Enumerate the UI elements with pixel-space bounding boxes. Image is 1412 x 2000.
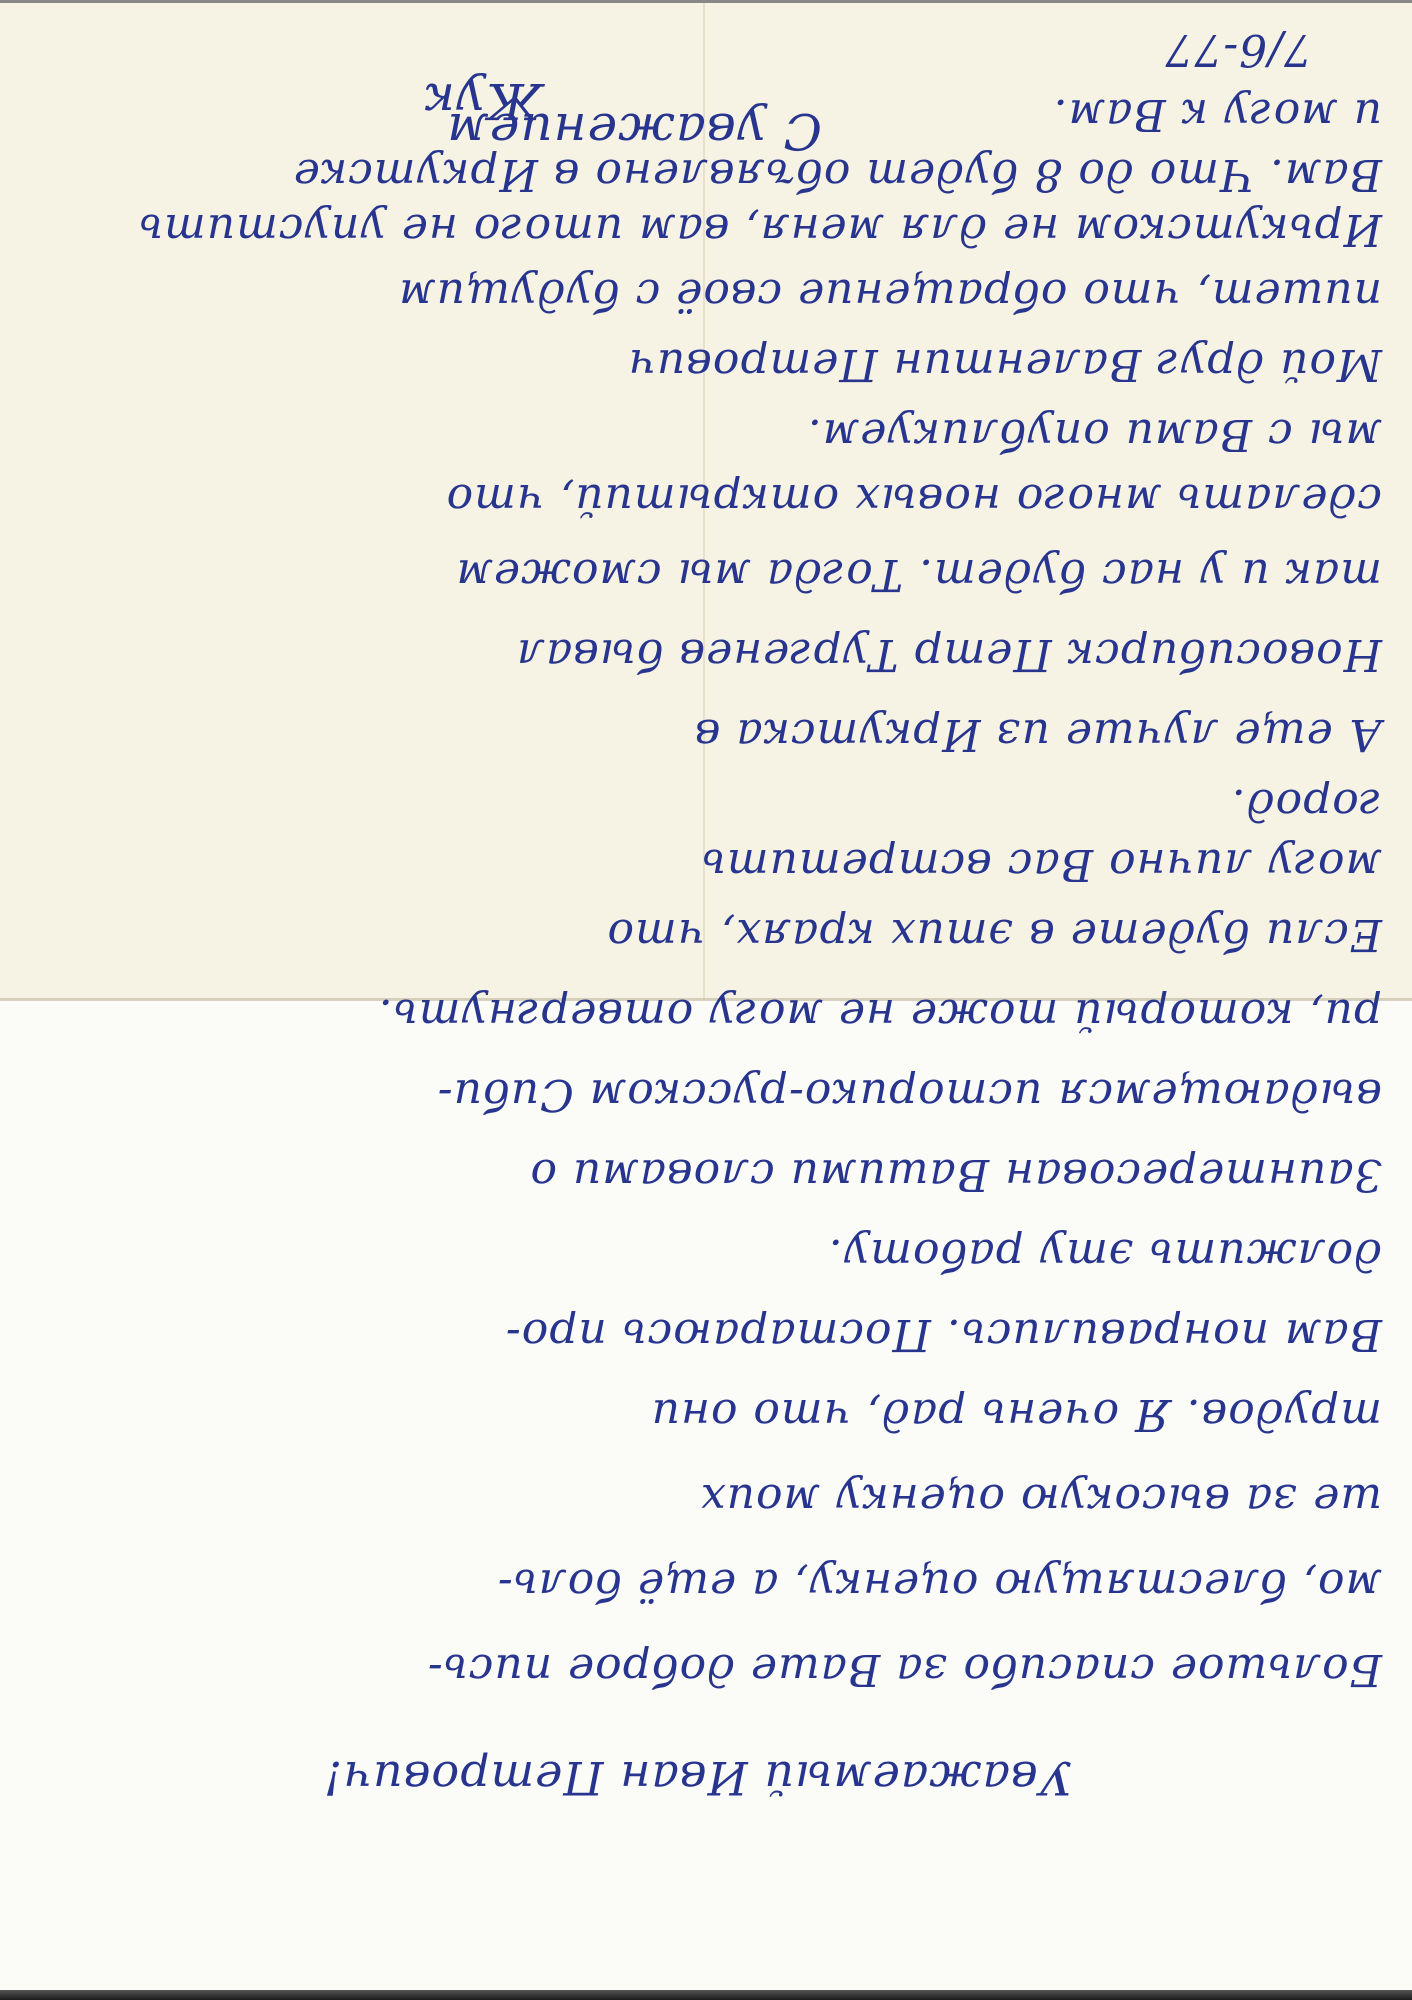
letter-line: могу лично Вас встретить xyxy=(701,839,1382,890)
letter-line: город. xyxy=(1231,779,1382,830)
letter-line: пишет, что обращение своё с будущим xyxy=(398,269,1382,320)
letter-line: сделать много новых открытий, что xyxy=(446,474,1382,525)
letter-line: и могу к Вам. xyxy=(1053,89,1382,140)
letter-line: Вам понравились. Постараюсь про- xyxy=(505,1309,1382,1360)
letter-line: Ирькутском не для меня, вам итого не упу… xyxy=(138,204,1382,255)
letter-line: трудов. Я очень рад, что они xyxy=(651,1389,1382,1440)
letter-photo: Уважаемый Иван Петрович! Большое спасибо… xyxy=(0,0,1412,2000)
letter-line: выдающемся историко-русском Сиби- xyxy=(437,1069,1382,1120)
letter-text-rotated: Уважаемый Иван Петрович! Большое спасибо… xyxy=(0,0,1412,2000)
letter-line: ше за высокую оценку моих xyxy=(700,1474,1382,1525)
letter-line: так и у нас будет. Тогда мы сможем xyxy=(455,549,1382,600)
letter-line: Мой друг Валентин Петрович xyxy=(628,339,1382,390)
letter-line: Новосибирск Петр Тургенев бывал xyxy=(516,629,1382,680)
greeting: Уважаемый Иван Петрович! xyxy=(323,1751,1072,1805)
letter-line: А еще лучше из Иркутска в xyxy=(694,709,1382,760)
letter-line: Большое спасибо за Ваше доброе пись- xyxy=(427,1644,1382,1695)
signature: Жук xyxy=(424,72,542,130)
letter-line: ри, который тоже не могу отвергнуть. xyxy=(378,989,1382,1040)
letter-line: Заинтересован Вашими словами о xyxy=(529,1149,1382,1200)
letter-line: Если будете в этих краях, что xyxy=(607,909,1382,960)
letter-line: должить эту работу. xyxy=(828,1229,1382,1280)
letter-line: мы с Вами опубликуем. xyxy=(807,409,1382,460)
letter-line: мо, блестящую оценку, а ещё боль- xyxy=(497,1559,1382,1610)
date: 7/6-77 xyxy=(1164,24,1312,75)
